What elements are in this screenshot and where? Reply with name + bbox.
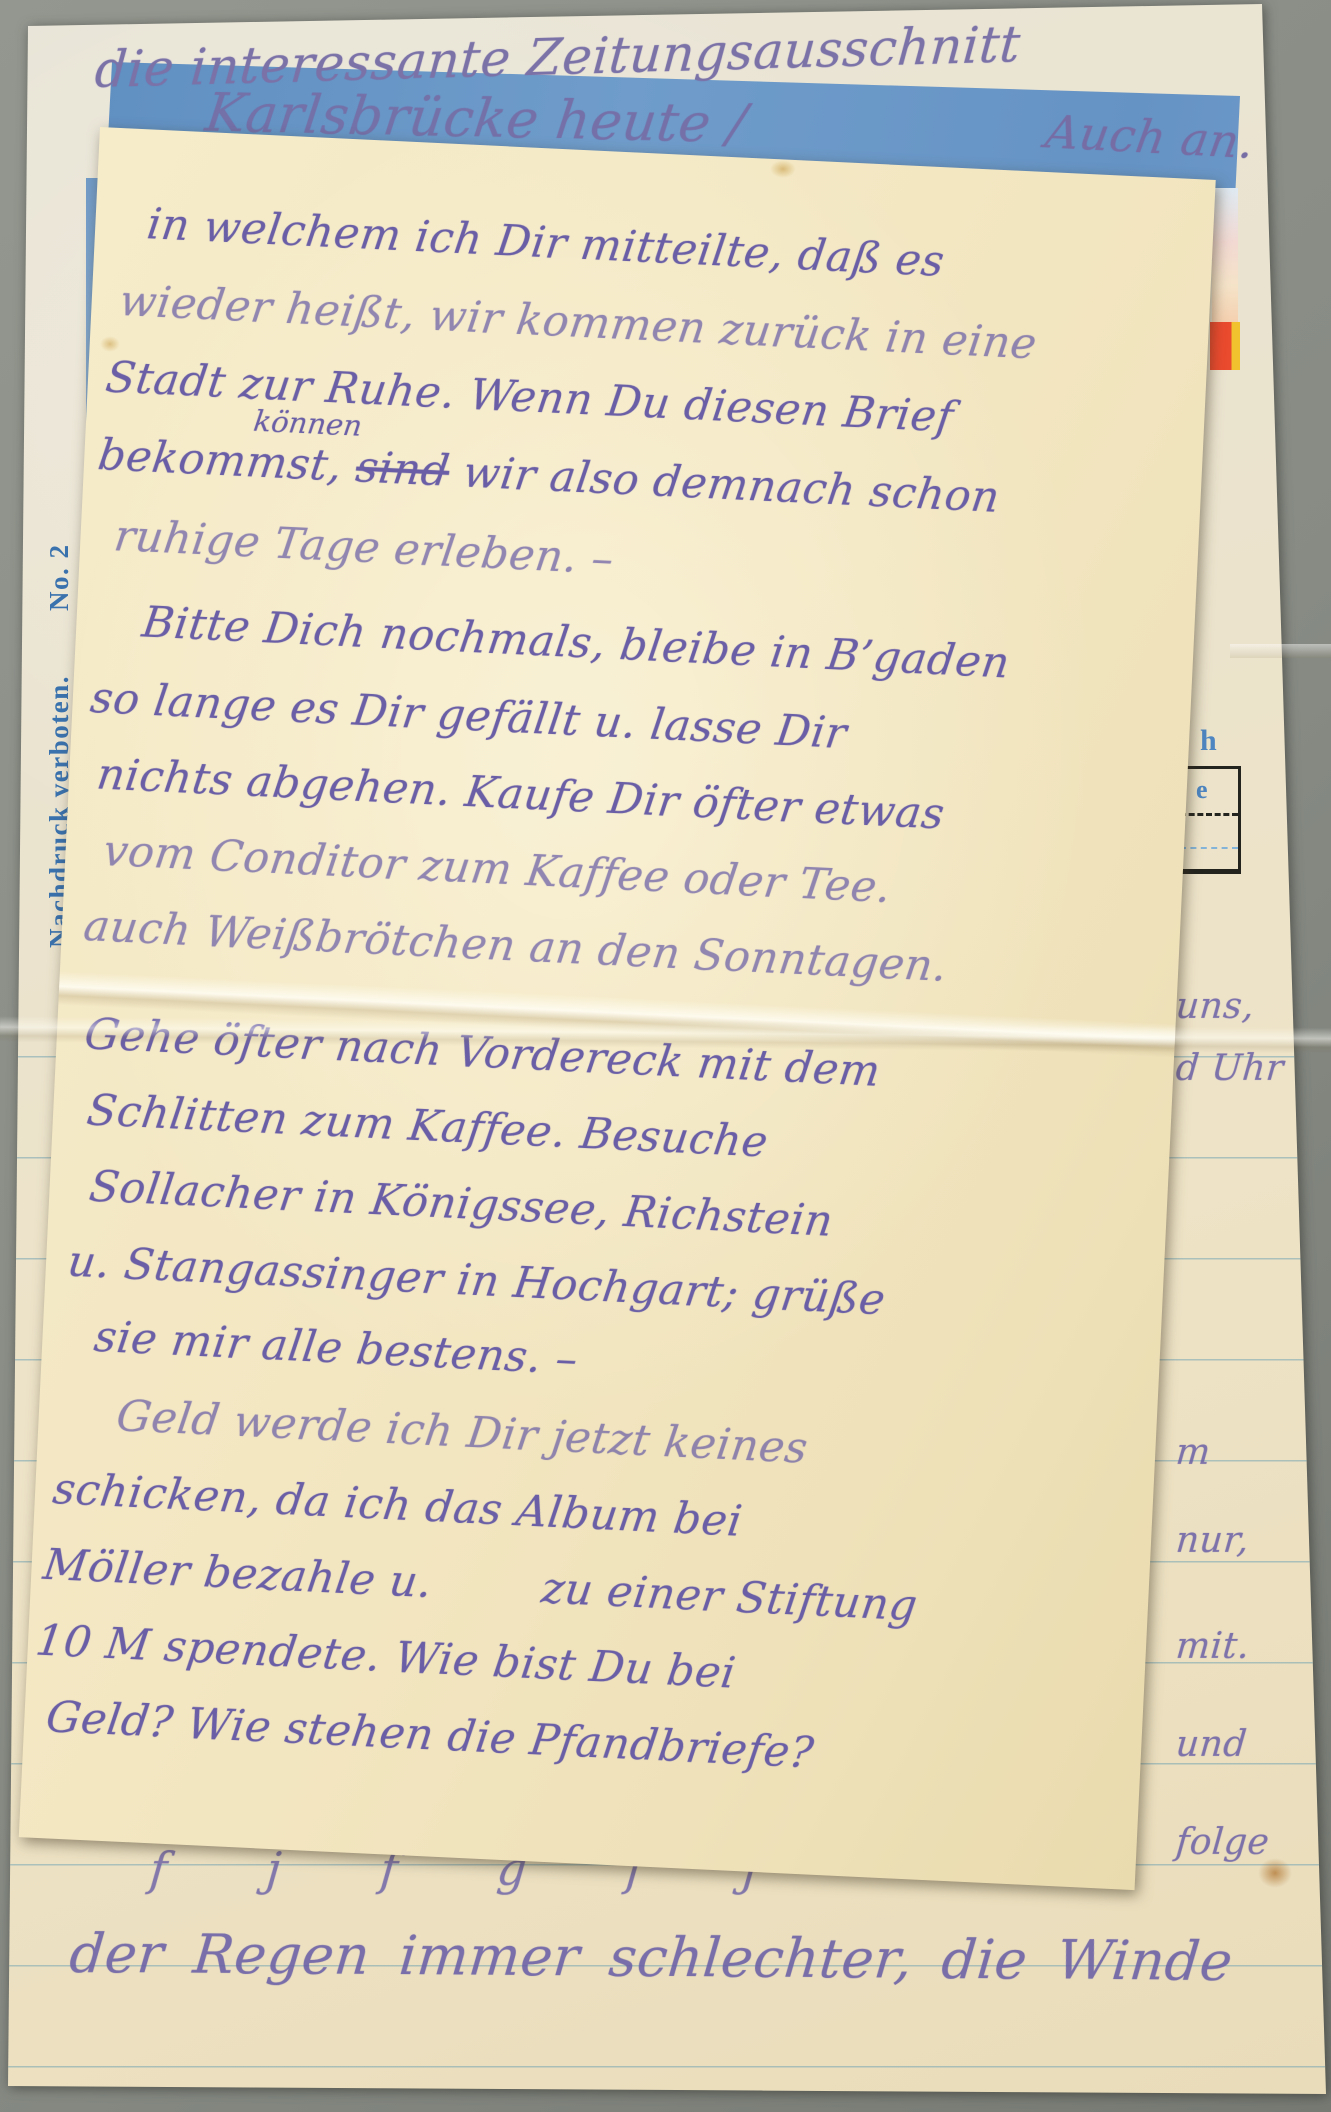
letter-line: Geld werde ich Dir jetzt keines: [113, 1391, 810, 1474]
struck-word: sind: [353, 443, 453, 497]
line-segment: wir also demnach schon: [446, 447, 1003, 523]
letter-line: nichts abgehen. Kaufe Dir öfter etwas: [94, 750, 948, 840]
letter-line: Möller bezahle u.zu einer Stiftung: [40, 1540, 920, 1631]
line-gap: [430, 1597, 540, 1602]
letter-line: schicken, da ich das Album bei: [50, 1464, 745, 1546]
inserted-word: können: [252, 404, 365, 443]
letter-line: Bitte Dich nochmals, bleibe in B’gaden: [139, 598, 1013, 689]
letter-line: Sollacher in Königssee, Richstein: [86, 1162, 836, 1247]
letter-line: ruhige Tage erleben. –: [111, 511, 617, 584]
letter-line: vom Conditor zum Kaffee oder Tee.: [100, 826, 894, 913]
letter-line: so lange es Dir gefällt u. lasse Dir: [88, 673, 850, 759]
letter-line: könnenbekommst, sind wir also demnach sc…: [95, 430, 1003, 523]
letter-sheet-shadow: in welchem ich Dir mitteilte, daß es wie…: [0, 0, 1331, 2112]
letter-line: wieder heißt, wir kommen zurück in eine: [116, 276, 1040, 369]
letter-line: Geld? Wie stehen die Pfandbriefe?: [43, 1692, 817, 1778]
letter-line: 10 M spendete. Wie bist Du bei: [33, 1616, 739, 1699]
line-segment: Möller bezahle u.: [40, 1540, 435, 1608]
letter-line: Stadt zur Ruhe. Wenn Du diesen Brief: [103, 353, 957, 443]
letter-line: Schlitten zum Kaffee. Besuche: [84, 1086, 771, 1168]
line-segment: zu einer Stiftung: [539, 1564, 921, 1632]
letter-line: u. Stangassinger in Hochgart; grüße: [65, 1237, 889, 1326]
scanned-letter-photo: Nachdruck verboten.No. 2 h e f j f g f j…: [0, 0, 1331, 2112]
letter-line: in welchem ich Dir mitteilte, daß es: [144, 199, 947, 287]
handwritten-letter-page: in welchem ich Dir mitteilte, daß es wie…: [19, 127, 1216, 1890]
letter-line: sie mir alle bestens. –: [91, 1312, 581, 1385]
